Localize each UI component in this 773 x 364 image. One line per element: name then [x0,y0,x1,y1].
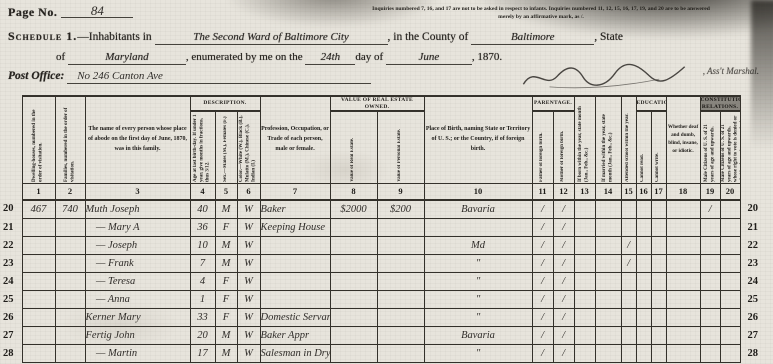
cell-color: W [237,344,260,362]
col-number: 11 [532,183,553,200]
cell-dwelling-number [22,272,55,290]
cell-birth-month [574,344,595,362]
header-col-disability: Whether deaf and dumb, blind, insane, or… [666,96,700,183]
col-number: 16 [636,183,651,200]
header-col-birth-month: If born within the year, state month (Ja… [574,96,595,183]
cell-personal-estate-value: $200 [377,200,424,219]
schedule-label: Schedule 1. [8,29,77,43]
cell-dwelling-number [22,326,55,344]
cell-marriage-month [595,236,621,254]
cell-cannot-read-mark [636,272,651,290]
line-number-right: 20 [740,200,773,219]
cell-cannot-write-mark [651,290,666,308]
col-number: 9 [377,183,424,200]
cell-cannot-read-mark [636,308,651,326]
cell-real-estate-value [330,326,377,344]
cell-disability [666,272,700,290]
cell-color: W [237,254,260,272]
cell-family-number [55,218,85,236]
record-row: 27 Fertig John 20 M W Baker Appr Bavaria… [0,326,773,344]
cell-occupation: Domestic Servant [260,308,330,326]
header-col-color: Color.—White (W.), Black (B.), Mulatto (… [237,111,260,183]
line-number-left: 20 [0,200,22,219]
cell-male-citizen-mark [700,236,720,254]
cell-occupation [260,272,330,290]
header-group-description: Description. [190,96,260,111]
cell-occupation: Salesman in Dry Gd Str [260,344,330,362]
col-number: 5 [215,183,237,200]
cell-birth-month [574,308,595,326]
cell-birthplace: ″ [424,272,532,290]
cell-personal-estate-value [377,218,424,236]
cell-real-estate-value [330,236,377,254]
cell-marriage-month [595,200,621,219]
cell-mother-foreign-mark: / [553,200,574,219]
line-number-left: 26 [0,308,22,326]
cell-father-foreign-mark: / [532,290,553,308]
signature-scribble-icon [518,58,689,93]
instructions-note-line1: Inquiries numbered 7, 16, and 17 are not… [321,5,761,13]
cell-marriage-month [595,326,621,344]
cell-age: 10 [190,236,215,254]
cell-color: W [237,272,260,290]
cell-age: 33 [190,308,215,326]
header-col-cannot-write: Cannot write. [651,111,666,183]
line-number-right: 26 [740,308,773,326]
cell-birth-month [574,254,595,272]
cell-family-number [55,290,85,308]
cell-cannot-write-mark [651,344,666,362]
cell-attended-school-mark [621,200,636,219]
line-number-left: 21 [0,218,22,236]
cell-color: W [237,326,260,344]
cell-cannot-write-mark [651,236,666,254]
cell-name: — Joseph [85,236,190,254]
cell-marriage-month [595,254,621,272]
enumerator-signature-area: , Ass't Marshal. [459,56,759,92]
cell-personal-estate-value [377,272,424,290]
cell-disability [666,236,700,254]
col-number: 4 [190,183,215,200]
cell-vote-denied-mark [720,254,740,272]
header-group-parentage: Parentage. [532,96,574,111]
cell-real-estate-value [330,218,377,236]
cell-mother-foreign-mark: / [553,236,574,254]
cell-cannot-read-mark [636,344,651,362]
cell-real-estate-value [330,290,377,308]
col-number: 12 [553,183,574,200]
cell-disability [666,308,700,326]
page-header: Page No. 84 Inquiries numbered 7, 16, an… [0,0,773,95]
cell-male-citizen-mark [700,218,720,236]
header-group-value-owned: Value of Real Estate Owned. [330,96,424,111]
cell-birth-month [574,218,595,236]
page-no-value: 84 [61,5,133,18]
cell-cannot-read-mark [636,326,651,344]
cell-male-citizen-mark [700,308,720,326]
cell-personal-estate-value [377,308,424,326]
cell-personal-estate-value [377,254,424,272]
col-number: 19 [700,183,720,200]
col-number: 8 [330,183,377,200]
marshal-text: , Ass't Marshal. [703,66,759,76]
cell-vote-denied-mark [720,218,740,236]
cell-age: 7 [190,254,215,272]
cell-dwelling-number [22,308,55,326]
header-col-name: The name of every person whose place of … [85,96,190,183]
cell-marriage-month [595,308,621,326]
cell-father-foreign-mark: / [532,254,553,272]
cell-attended-school-mark [621,344,636,362]
cell-cannot-read-mark [636,254,651,272]
line-number-right: 21 [740,218,773,236]
cell-disability [666,254,700,272]
record-row: 20 467 740 Muth Joseph 40 M W Baker $200… [0,200,773,219]
cell-birthplace: ″ [424,290,532,308]
of-text: of [56,51,65,63]
cell-attended-school-mark [621,218,636,236]
cell-marriage-month [595,218,621,236]
line-number-left: 27 [0,326,22,344]
cell-father-foreign-mark: / [532,272,553,290]
cell-cannot-write-mark [651,218,666,236]
cell-sex: M [215,344,237,362]
cell-age: 20 [190,326,215,344]
record-row: 21 — Mary A 36 F W Keeping House / / 21 [0,218,773,236]
cell-attended-school-mark: / [621,236,636,254]
cell-birthplace: Bavaria [424,200,532,219]
line-number-left: 23 [0,254,22,272]
cell-birthplace: ″ [424,254,532,272]
cell-occupation: Keeping House [260,218,330,236]
cell-family-number: 740 [55,200,85,219]
cell-real-estate-value [330,308,377,326]
right-gutter-header [740,96,773,200]
cell-vote-denied-mark [720,308,740,326]
cell-age: 1 [190,290,215,308]
line-number-right: 24 [740,272,773,290]
header-group-constitutional: Constitutional Relations. [700,96,740,111]
cell-vote-denied-mark [720,272,740,290]
county-value: Baltimore [471,32,594,45]
cell-family-number [55,344,85,362]
line-number-right: 22 [740,236,773,254]
cell-personal-estate-value [377,326,424,344]
cell-father-foreign-mark: / [532,326,553,344]
state-suffix-text: , State [594,31,623,43]
cell-real-estate-value [330,344,377,362]
cell-cannot-write-mark [651,326,666,344]
cell-male-citizen-mark [700,290,720,308]
cell-dwelling-number [22,218,55,236]
header-col-family: Families, numbered in the order of visit… [55,96,85,183]
cell-sex: F [215,272,237,290]
cell-dwelling-number [22,290,55,308]
cell-attended-school-mark [621,308,636,326]
header-col-father-foreign: Father of foreign birth. [532,111,553,183]
header-col-real-estate: Value of Real Estate. [330,111,377,183]
cell-color: W [237,218,260,236]
col-number: 15 [621,183,636,200]
cell-dwelling-number [22,236,55,254]
cell-male-citizen-mark: / [700,200,720,219]
cell-mother-foreign-mark: / [553,344,574,362]
record-row: 22 — Joseph 10 M W Md / / / 22 [0,236,773,254]
inhabitants-text: —Inhabitants in [77,31,151,43]
cell-color: W [237,200,260,219]
cell-male-citizen-mark [700,272,720,290]
county-prefix-text: , in the County of [388,31,469,43]
cell-father-foreign-mark: / [532,200,553,219]
cell-birthplace: ″ [424,344,532,362]
cell-male-citizen-mark [700,254,720,272]
header-col-occupation: Profession, Occupation, or Trade of each… [260,96,330,183]
cell-dwelling-number [22,344,55,362]
cell-occupation [260,236,330,254]
header-col-vote-denied: Male Citizens of U. S. of 21 years of ag… [720,111,740,183]
cell-cannot-read-mark [636,200,651,219]
col-number: 14 [595,183,621,200]
cell-vote-denied-mark [720,200,740,219]
cell-sex: M [215,236,237,254]
cell-cannot-read-mark [636,290,651,308]
cell-attended-school-mark [621,326,636,344]
left-gutter-header [0,96,22,200]
line-number-left: 28 [0,344,22,362]
instructions-note: Inquiries numbered 7, 16, and 17 are not… [321,5,761,22]
cell-occupation: Baker [260,200,330,219]
cell-attended-school-mark [621,272,636,290]
cell-father-foreign-mark: / [532,236,553,254]
cell-name: — Mary A [85,218,190,236]
cell-occupation [260,254,330,272]
column-number-row: 1 2 3 4 5 6 7 8 9 10 11 12 13 14 15 16 1… [0,183,773,200]
col-number: 17 [651,183,666,200]
header-col-marriage-month: If married within the year, state month … [595,96,621,183]
line-number-right: 28 [740,344,773,362]
cell-marriage-month [595,344,621,362]
table-header: Dwelling-houses, numbered in the order o… [0,96,773,200]
cell-real-estate-value [330,254,377,272]
line-number-left: 25 [0,290,22,308]
cell-vote-denied-mark [720,326,740,344]
cell-mother-foreign-mark: / [553,272,574,290]
cell-age: 40 [190,200,215,219]
cell-cannot-read-mark [636,218,651,236]
page-number-line: Page No. 84 Inquiries numbered 7, 16, an… [8,5,765,27]
cell-mother-foreign-mark: / [553,254,574,272]
cell-family-number [55,272,85,290]
cell-color: W [237,290,260,308]
col-number: 3 [85,183,190,200]
cell-birth-month [574,290,595,308]
record-row: 25 — Anna 1 F W ″ / / 25 [0,290,773,308]
records-tbody: 20 467 740 Muth Joseph 40 M W Baker $200… [0,200,773,363]
col-number: 1 [22,183,55,200]
page-no-label: Page No. [8,5,57,20]
header-col-age: Age at last birth-day. If under 1 year, … [190,111,215,183]
header-group-education: Education. [636,96,666,111]
header-col-mother-foreign: Mother of foreign birth. [553,111,574,183]
line-number-left: 22 [0,236,22,254]
cell-cannot-write-mark [651,254,666,272]
cell-dwelling-number [22,254,55,272]
cell-father-foreign-mark: / [532,344,553,362]
cell-birthplace [424,218,532,236]
cell-sex: F [215,290,237,308]
cell-vote-denied-mark [720,236,740,254]
ward-value: The Second Ward of Baltimore City [155,32,388,45]
state-value: Maryland [68,52,186,65]
cell-cannot-write-mark [651,200,666,219]
cell-birthplace: Md [424,236,532,254]
day-of-text: day of [355,51,383,63]
cell-family-number [55,326,85,344]
record-row: 26 Kerner Mary 33 F W Domestic Servant ″… [0,308,773,326]
line-number-right: 23 [740,254,773,272]
cell-occupation: Baker Appr [260,326,330,344]
cell-marriage-month [595,272,621,290]
cell-attended-school-mark [621,290,636,308]
cell-mother-foreign-mark: / [553,326,574,344]
post-office-value: No 246 Canton Ave [67,71,371,84]
cell-marriage-month [595,290,621,308]
schedule-line: Schedule 1.—Inhabitants in The Second Wa… [8,29,765,45]
cell-personal-estate-value [377,344,424,362]
cell-age: 17 [190,344,215,362]
day-value: 24th [305,52,355,65]
cell-personal-estate-value [377,236,424,254]
line-number-right: 25 [740,290,773,308]
cell-father-foreign-mark: / [532,308,553,326]
cell-name: — Anna [85,290,190,308]
header-col-sex: Sex.—Males (M.), Females (F.) [215,111,237,183]
cell-dwelling-number: 467 [22,200,55,219]
cell-sex: M [215,326,237,344]
header-col-birthplace: Place of Birth, naming State or Territor… [424,96,532,183]
cell-birthplace: ″ [424,308,532,326]
cell-age: 36 [190,218,215,236]
cell-family-number [55,254,85,272]
cell-birth-month [574,326,595,344]
cell-male-citizen-mark [700,344,720,362]
cell-real-estate-value [330,272,377,290]
col-number: 10 [424,183,532,200]
cell-birth-month [574,200,595,219]
cell-real-estate-value: $2000 [330,200,377,219]
header-col-cannot-read: Cannot read. [636,111,651,183]
cell-occupation [260,290,330,308]
cell-cannot-write-mark [651,272,666,290]
header-col-attended-school: Attended school within the year. [621,96,636,183]
cell-mother-foreign-mark: / [553,308,574,326]
line-number-left: 24 [0,272,22,290]
cell-age: 4 [190,272,215,290]
header-col-male-citizen: Male Citizens of U. S. of 21 years of ag… [700,111,720,183]
cell-sex: M [215,254,237,272]
cell-personal-estate-value [377,290,424,308]
census-table: Dwelling-houses, numbered in the order o… [0,95,773,363]
col-number: 2 [55,183,85,200]
col-number: 18 [666,183,700,200]
cell-vote-denied-mark [720,344,740,362]
enumerated-text: , enumerated by me on the [186,51,303,63]
cell-disability [666,326,700,344]
cell-male-citizen-mark [700,326,720,344]
cell-name: — Frank [85,254,190,272]
col-number: 20 [720,183,740,200]
cell-sex: F [215,218,237,236]
header-col-personal-estate: Value of Personal Estate. [377,111,424,183]
cell-name: Fertig John [85,326,190,344]
census-document: Page No. 84 Inquiries numbered 7, 16, an… [0,0,773,364]
cell-name: — Teresa [85,272,190,290]
cell-family-number [55,308,85,326]
record-row: 23 — Frank 7 M W ″ / / / 23 [0,254,773,272]
cell-disability [666,290,700,308]
cell-birth-month [574,272,595,290]
cell-birthplace: Bavaria [424,326,532,344]
cell-mother-foreign-mark: / [553,218,574,236]
cell-mother-foreign-mark: / [553,290,574,308]
cell-cannot-read-mark [636,236,651,254]
cell-name: — Martin [85,344,190,362]
cell-cannot-write-mark [651,308,666,326]
cell-disability [666,344,700,362]
cell-disability [666,218,700,236]
line-number-right: 27 [740,326,773,344]
cell-disability [666,200,700,219]
col-number: 6 [237,183,260,200]
cell-color: W [237,236,260,254]
cell-attended-school-mark: / [621,254,636,272]
record-row: 24 — Teresa 4 F W ″ / / 24 [0,272,773,290]
cell-birth-month [574,236,595,254]
cell-color: W [237,308,260,326]
cell-name: Kerner Mary [85,308,190,326]
header-col-dwelling: Dwelling-houses, numbered in the order o… [22,96,55,183]
cell-sex: M [215,200,237,219]
cell-name: Muth Joseph [85,200,190,219]
cell-sex: F [215,308,237,326]
col-number: 13 [574,183,595,200]
post-office-label: Post Office: [8,70,64,82]
cell-family-number [55,236,85,254]
record-row: 28 — Martin 17 M W Salesman in Dry Gd St… [0,344,773,362]
cell-father-foreign-mark: / [532,218,553,236]
cell-vote-denied-mark [720,290,740,308]
col-number: 7 [260,183,330,200]
instructions-note-line2: merely by an affirmative mark, as /. [321,13,761,21]
